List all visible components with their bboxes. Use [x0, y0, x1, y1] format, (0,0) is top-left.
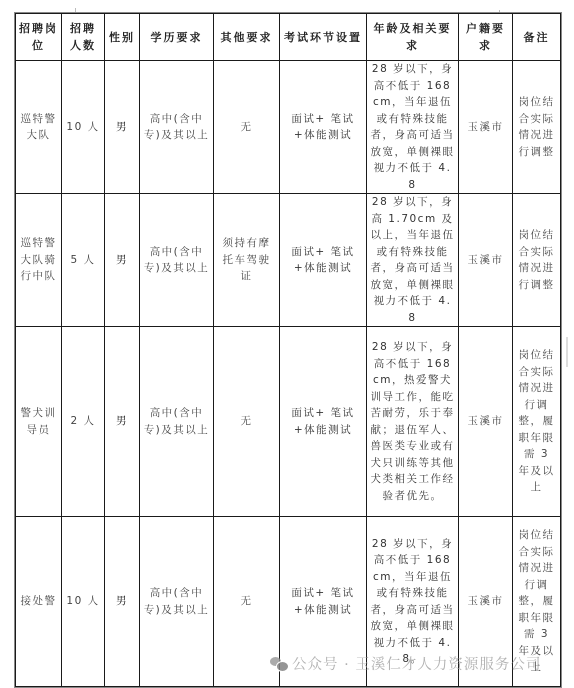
cell-gender: 男 [105, 194, 140, 327]
recruitment-table: 招聘岗位 招聘人数 性别 学历要求 其他要求 考试环节设置 年龄及相关要求 户籍… [15, 13, 561, 687]
cell-post: 警犬训导员 [16, 327, 62, 517]
header-other: 其他要求 [214, 14, 280, 61]
table-row: 警犬训导员 2 人 男 高中(含中专)及其以上 无 面试+ 笔试+体能测试 28… [16, 327, 561, 517]
cell-post: 接处警 [16, 517, 62, 687]
header-count: 招聘人数 [62, 14, 105, 61]
cell-gender: 男 [105, 327, 140, 517]
cell-count: 10 人 [62, 517, 105, 687]
header-age: 年龄及相关要求 [367, 14, 459, 61]
cell-hukou: 玉溪市 [459, 61, 513, 194]
cell-post: 巡特警大队骑行中队 [16, 194, 62, 327]
cell-hukou: 玉溪市 [459, 194, 513, 327]
cell-exam: 面试+ 笔试+体能测试 [280, 327, 367, 517]
wechat-icon [270, 657, 287, 671]
header-note: 备注 [513, 14, 561, 61]
scroll-mark [566, 337, 568, 367]
cell-age-requirements: 28 岁以下，身高不低于 168 cm，热爱警犬训导工作，能吃苦耐劳，乐于奉献；… [367, 327, 459, 517]
cell-hukou: 玉溪市 [459, 327, 513, 517]
cell-education: 高中(含中专)及其以上 [140, 61, 214, 194]
header-post: 招聘岗位 [16, 14, 62, 61]
watermark-text: 公众号 · 玉溪仁才人力资源服务公司 [292, 657, 541, 673]
cell-gender: 男 [105, 61, 140, 194]
cell-other: 无 [214, 61, 280, 194]
cell-note: 岗位结合实际情况进行调整 [513, 194, 561, 327]
cell-note: 岗位结合实际情况进行调整，履职年限需 3 年及以上 [513, 327, 561, 517]
cell-note: 岗位结合实际情况进行调整 [513, 61, 561, 194]
header-exam: 考试环节设置 [280, 14, 367, 61]
cell-exam: 面试+ 笔试+体能测试 [280, 194, 367, 327]
cell-age-requirements: 28 岁以下，身高 1.70cm 及以上，当年退伍或有特殊技能者，身高可适当放宽… [367, 194, 459, 327]
header-education: 学历要求 [140, 14, 214, 61]
cell-count: 5 人 [62, 194, 105, 327]
cell-count: 2 人 [62, 327, 105, 517]
cell-education: 高中(含中专)及其以上 [140, 194, 214, 327]
cell-age-requirements: 28 岁以下，身高不低于 168 cm，当年退伍或有特殊技能者，身高可适当放宽，… [367, 61, 459, 194]
header-hukou: 户籍要求 [459, 14, 513, 61]
table-row: 巡特警大队 10 人 男 高中(含中专)及其以上 无 面试+ 笔试+体能测试 2… [16, 61, 561, 194]
cell-other: 须持有摩托车驾驶证 [214, 194, 280, 327]
cell-exam: 面试+ 笔试+体能测试 [280, 61, 367, 194]
ruler-tick [75, 8, 76, 12]
table-row: 巡特警大队骑行中队 5 人 男 高中(含中专)及其以上 须持有摩托车驾驶证 面试… [16, 194, 561, 327]
cell-other: 无 [214, 327, 280, 517]
cell-education: 高中(含中专)及其以上 [140, 327, 214, 517]
header-gender: 性别 [105, 14, 140, 61]
cell-gender: 男 [105, 517, 140, 687]
cell-education: 高中(含中专)及其以上 [140, 517, 214, 687]
cell-post: 巡特警大队 [16, 61, 62, 194]
table-header-row: 招聘岗位 招聘人数 性别 学历要求 其他要求 考试环节设置 年龄及相关要求 户籍… [16, 14, 561, 61]
wechat-watermark: 公众号 · 玉溪仁才人力资源服务公司 [270, 653, 541, 674]
cell-count: 10 人 [62, 61, 105, 194]
